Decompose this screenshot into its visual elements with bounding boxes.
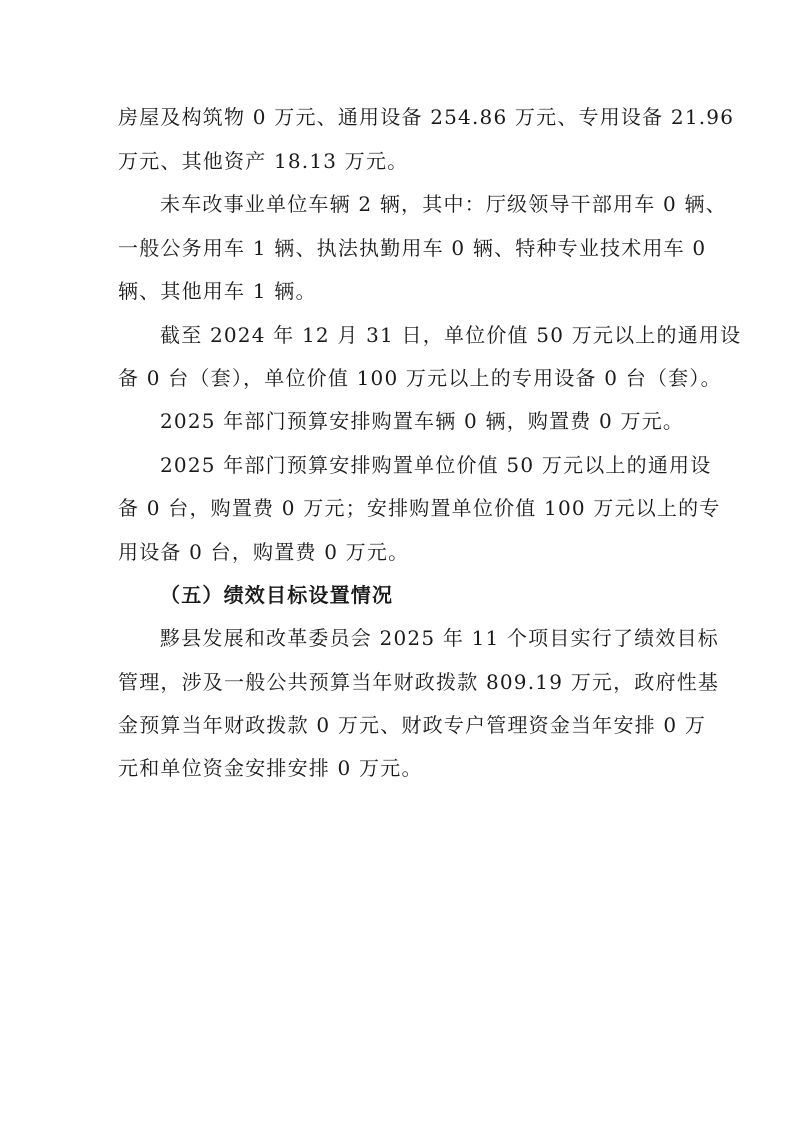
text-line: 管理，涉及一般公共预算当年财政拨款 809.19 万元，政府性基 bbox=[118, 668, 698, 696]
text-line: 金预算当年财政拨款 0 万元、财政专户管理资金当年安排 0 万 bbox=[118, 711, 698, 739]
text-line: 备 0 台（套），单位价值 100 万元以上的专用设备 0 台（套）。 bbox=[118, 364, 698, 392]
text-line: 元和单位资金安排安排 0 万元。 bbox=[118, 754, 698, 782]
text-line: 截至 2024 年 12 月 31 日，单位价值 50 万元以上的通用设 bbox=[160, 321, 698, 349]
text-line: 2025 年部门预算安排购置车辆 0 辆，购置费 0 万元。 bbox=[160, 407, 698, 435]
document-page: 房屋及构筑物 0 万元、通用设备 254.86 万元、专用设备 21.96 万元… bbox=[0, 0, 793, 1122]
text-line: 2025 年部门预算安排购置单位价值 50 万元以上的通用设 bbox=[160, 451, 698, 479]
text-line: 用设备 0 台，购置费 0 万元。 bbox=[118, 538, 698, 566]
text-line: 房屋及构筑物 0 万元、通用设备 254.86 万元、专用设备 21.96 bbox=[118, 103, 698, 131]
text-line: 一般公务用车 1 辆、执法执勤用车 0 辆、特种专业技术用车 0 bbox=[118, 234, 698, 262]
text-line: 备 0 台，购置费 0 万元；安排购置单位价值 100 万元以上的专 bbox=[118, 494, 698, 522]
text-line: 万元、其他资产 18.13 万元。 bbox=[118, 147, 698, 175]
subheading: （五）绩效目标设置情况 bbox=[160, 581, 698, 609]
text-line: 辆、其他用车 1 辆。 bbox=[118, 277, 698, 305]
text-line: 未车改事业单位车辆 2 辆，其中：厅级领导干部用车 0 辆、 bbox=[160, 190, 698, 218]
text-line: 黟县发展和改革委员会 2025 年 11 个项目实行了绩效目标 bbox=[160, 624, 698, 652]
